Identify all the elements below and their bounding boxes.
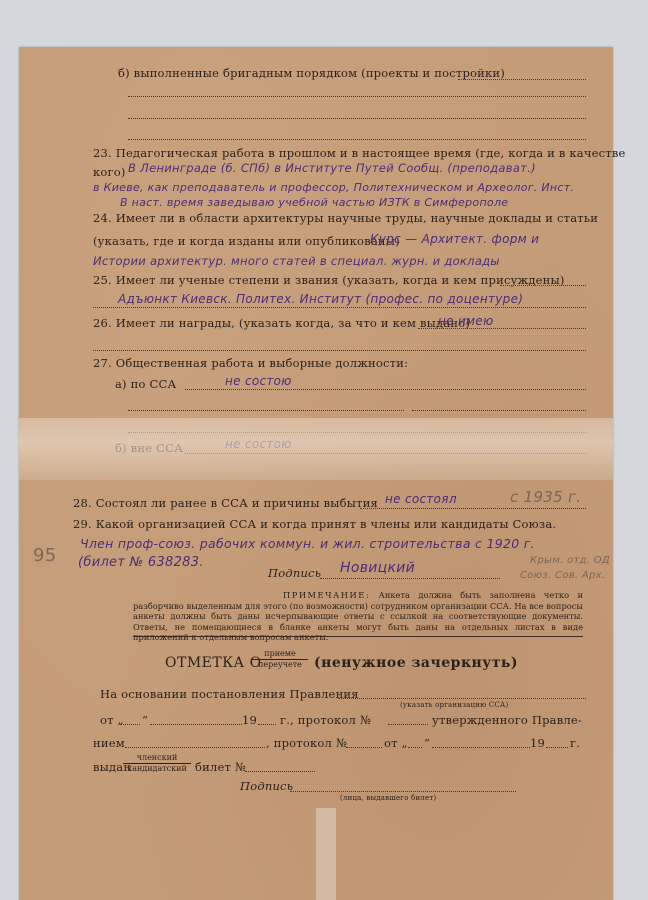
mark-line2-quote: “ xyxy=(142,713,148,727)
field-line[interactable] xyxy=(388,724,428,725)
answer-line xyxy=(128,96,586,97)
answer-line xyxy=(418,328,586,329)
mark-line2-year: 19 xyxy=(242,713,257,727)
item-25-label: 25. Имеет ли ученые степени и звания (ук… xyxy=(93,273,565,287)
mark-line3-g: г. xyxy=(570,736,580,750)
answer-line xyxy=(185,389,586,390)
field-line[interactable] xyxy=(150,724,242,725)
item-23-label-cont: кого) xyxy=(93,165,126,179)
item-24-answer-2: Истории архитектур. много статей в специ… xyxy=(93,254,500,268)
adhesive-tape-strip xyxy=(19,418,613,480)
signature-line xyxy=(320,578,500,579)
signature-label: Подпись xyxy=(268,566,321,580)
item-28-answer: не состоял xyxy=(385,492,457,506)
item-27-label: 27. Общественная работа и выборные должн… xyxy=(93,356,408,370)
remark-note: ПРИМЕЧАНИЕ: Анкета должна быть заполнена… xyxy=(133,590,583,643)
mark-title-fraction: приеме переучете xyxy=(252,649,308,670)
field-line[interactable] xyxy=(120,724,140,725)
mark-sign-label: Подпись xyxy=(240,779,293,793)
item-24-label: 24. Имеет ли в области архитектуры научн… xyxy=(93,211,598,225)
item-28-answer-year: с 1935 г. xyxy=(510,488,581,506)
field-line[interactable] xyxy=(245,771,315,772)
frac-top: членский xyxy=(123,753,191,764)
item-23-answer-1: В Ленинграде (б. СПб) в Институте Путей … xyxy=(128,161,536,175)
item-26-label: 26. Имеет ли награды, (указать когда, за… xyxy=(93,316,470,330)
field-line[interactable] xyxy=(258,724,276,725)
item-23-answer-2: в Киеве, как преподаватель и профессор, … xyxy=(93,181,574,194)
mark-line3-from: от „ xyxy=(384,736,408,750)
field-line[interactable] xyxy=(408,747,422,748)
item-27a-label: а) по ССА xyxy=(115,377,176,391)
mark-title-prefix: ОТМЕТКА О xyxy=(165,655,262,671)
field-line[interactable] xyxy=(346,747,382,748)
item-29-answer-2: (билет № 638283. xyxy=(78,555,204,570)
mark-line3-protocol: , протокол № xyxy=(266,736,347,750)
answer-line xyxy=(500,285,586,286)
mark-line3-start: нием xyxy=(93,736,125,750)
frac-bottom: кандидатский xyxy=(123,764,191,774)
item-23-label: 23. Педагогическая работа в прошлом и в … xyxy=(93,146,626,160)
margin-pencil-number: 95 xyxy=(33,545,57,566)
item-25-answer: Адъюнкт Киевск. Политех. Институт (профе… xyxy=(118,292,523,306)
mark-line2-end: утвержденного Правле- xyxy=(432,713,582,727)
answer-line xyxy=(128,139,586,140)
signature-line[interactable] xyxy=(290,791,516,792)
mark-line4-end: билет № xyxy=(195,760,246,774)
answer-line xyxy=(93,307,586,308)
item-26-answer: не имею xyxy=(438,314,493,328)
mark-line1-label: На основании постановления Правления xyxy=(100,687,359,701)
item-27a-answer: не состою xyxy=(225,374,292,388)
ticket-type-fraction: членский кандидатский xyxy=(123,753,191,774)
item-23-answer-3: В наст. время заведываю учебной частью И… xyxy=(120,196,508,209)
answer-line xyxy=(458,79,586,80)
item-22b-label: б) выполненные бригадным порядком (проек… xyxy=(118,66,505,80)
answer-line xyxy=(93,350,586,351)
signature: Новицкий xyxy=(340,560,415,576)
mark-line3-quote: “ xyxy=(424,736,430,750)
field-line[interactable] xyxy=(546,747,568,748)
mark-sign-hint: (лица, выдавшего билет) xyxy=(340,794,436,802)
item-29-label: 29. Какой организацией ССА и когда приня… xyxy=(73,517,556,531)
mark-title-suffix: (ненужное зачеркнуть) xyxy=(314,655,518,671)
mark-line2-protocol: г., протокол № xyxy=(280,713,371,727)
field-line[interactable] xyxy=(432,747,530,748)
mark-line3-year: 19 xyxy=(530,736,545,750)
mark-line1-hint: (указать организацию ССА) xyxy=(400,701,508,709)
answer-line xyxy=(128,410,404,411)
remark-heading: ПРИМЕЧАНИЕ: xyxy=(283,590,370,600)
item-24-label-cont: (указать, где и когда изданы или опублик… xyxy=(93,234,400,248)
answer-line xyxy=(412,410,586,411)
field-line[interactable] xyxy=(125,747,265,748)
pencil-note-2: Союз. Сов. Арх. xyxy=(520,570,605,581)
paper-wear-mark xyxy=(316,808,336,900)
field-line[interactable] xyxy=(338,698,586,699)
item-29-answer-1: Член проф-союз. рабочих коммун. и жил. с… xyxy=(80,536,535,551)
frac-bottom: переучете xyxy=(252,660,308,670)
item-28-label: 28. Состоял ли ранее в ССА и причины выб… xyxy=(73,496,378,510)
answer-line xyxy=(360,508,586,509)
frac-top: приеме xyxy=(252,649,308,660)
pencil-note-1: Крым. отд. ОД xyxy=(530,555,610,566)
item-24-answer-1: Курс — Архитект. форм и xyxy=(370,232,539,246)
divider xyxy=(133,636,583,637)
answer-line xyxy=(128,118,586,119)
